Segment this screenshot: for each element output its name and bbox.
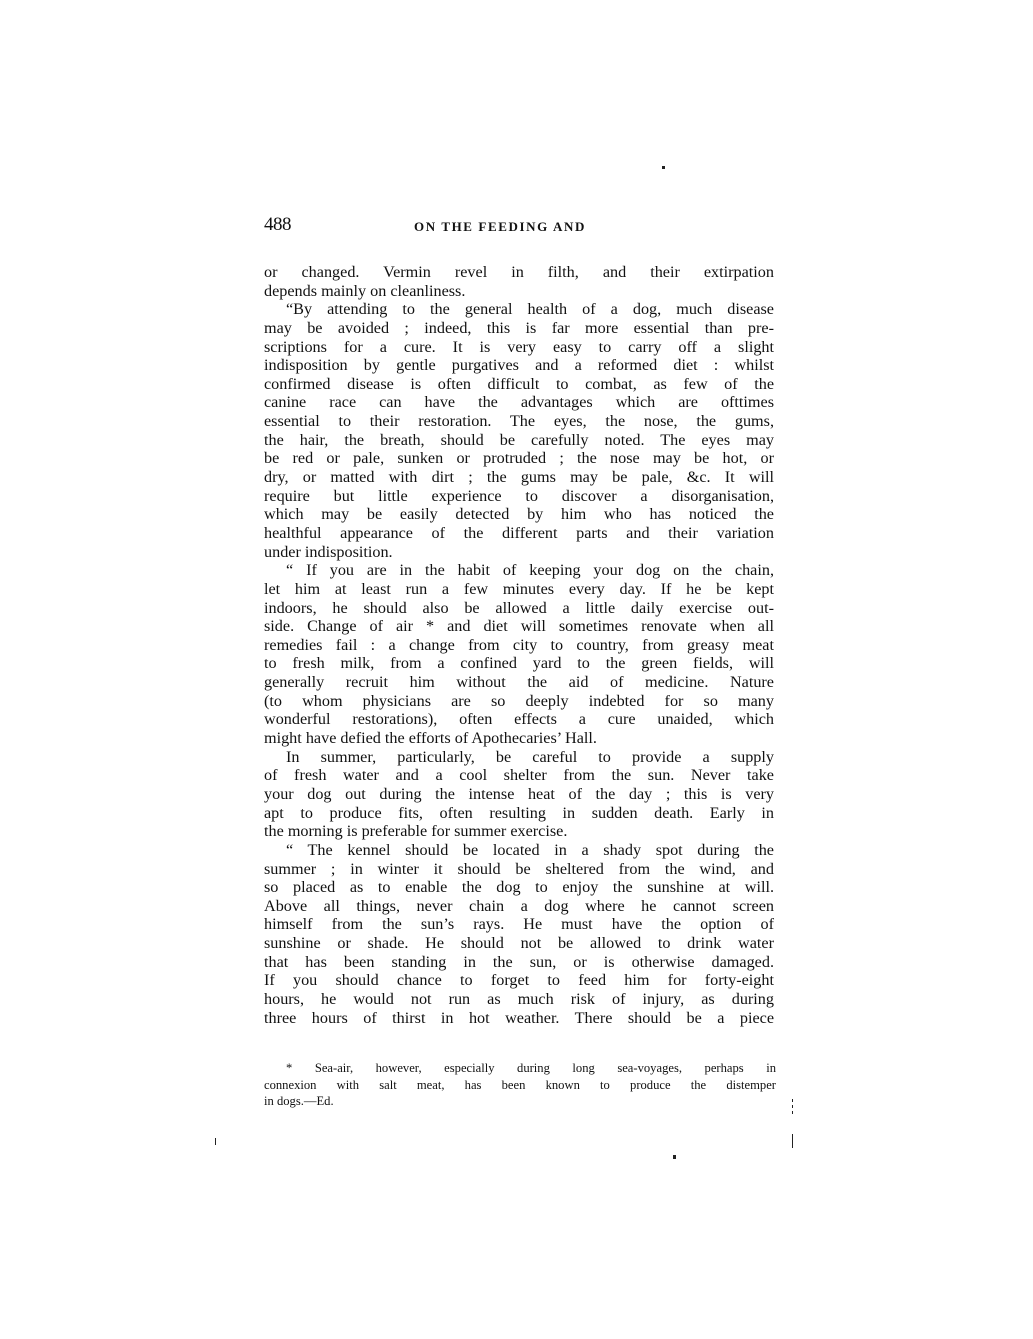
footnote-line: in dogs.—Ed. [264, 1093, 776, 1110]
text-line: so placed as to enable the dog to enjoy … [264, 878, 774, 897]
text-line: might have defied the efforts of Apothec… [264, 729, 774, 748]
text-line: “ If you are in the habit of keeping you… [264, 561, 774, 580]
scan-speck-top [662, 166, 665, 169]
text-line: scriptions for a cure. It is very easy t… [264, 338, 774, 357]
text-line: remedies fail : a change from city to co… [264, 636, 774, 655]
text-line: indoors, he should also be allowed a lit… [264, 599, 774, 618]
text-line: generally recruit him without the aid of… [264, 673, 774, 692]
text-line: “ The kennel should be located in a shad… [264, 841, 774, 860]
text-line: that has been standing in the sun, or is… [264, 953, 774, 972]
text-line: canine race can have the advantages whic… [264, 393, 774, 412]
text-line: sunshine or shade. He should not be allo… [264, 934, 774, 953]
page-header: 488 ON THE FEEDING AND [264, 214, 774, 236]
text-line: the morning is preferable for summer exe… [264, 822, 774, 841]
text-line: or changed. Vermin revel in filth, and t… [264, 263, 774, 282]
scan-mark-left [215, 1138, 216, 1145]
text-line: may be avoided ; indeed, this is far mor… [264, 319, 774, 338]
body-text: or changed. Vermin revel in filth, and t… [264, 263, 774, 1027]
text-line: which may be easily detected by him who … [264, 505, 774, 524]
scan-mark-right-dashed [792, 1105, 793, 1108]
text-line: (to whom physicians are so deeply indebt… [264, 692, 774, 711]
running-head: ON THE FEEDING AND [414, 219, 586, 235]
scan-mark-right-dashed [792, 1111, 793, 1114]
text-line: hours, he would not run as much risk of … [264, 990, 774, 1009]
text-line: summer ; in winter it should be sheltere… [264, 860, 774, 879]
text-line: depends mainly on cleanliness. [264, 282, 774, 301]
text-line: wonderful restorations), often effects a… [264, 710, 774, 729]
text-line: “By attending to the general health of a… [264, 300, 774, 319]
text-line: In summer, particularly, be careful to p… [264, 748, 774, 767]
text-line: apt to produce fits, often resulting in … [264, 804, 774, 823]
text-line: If you should chance to forget to feed h… [264, 971, 774, 990]
book-page: 488 ON THE FEEDING AND or changed. Vermi… [0, 0, 1033, 1339]
text-line: under indisposition. [264, 543, 774, 562]
footnote-line: connexion with salt meat, has been known… [264, 1077, 776, 1094]
text-line: confirmed disease is often difficult to … [264, 375, 774, 394]
text-line: the hair, the breath, should be carefull… [264, 431, 774, 450]
text-line: of fresh water and a cool shelter from t… [264, 766, 774, 785]
text-line: indisposition by gentle purgatives and a… [264, 356, 774, 375]
text-line: require but little experience to discove… [264, 487, 774, 506]
text-line: essential to their restoration. The eyes… [264, 412, 774, 431]
text-line: be red or pale, sunken or protruded ; th… [264, 449, 774, 468]
text-line: to fresh milk, from a confined yard to t… [264, 654, 774, 673]
scan-mark-right [792, 1134, 793, 1148]
text-line: let him at least run a few minutes every… [264, 580, 774, 599]
text-line: your dog out during the intense heat of … [264, 785, 774, 804]
text-line: dry, or matted with dirt ; the gums may … [264, 468, 774, 487]
scan-speck-bottom [673, 1155, 676, 1159]
text-line: himself from the sun’s rays. He must hav… [264, 915, 774, 934]
text-line: side. Change of air * and diet will some… [264, 617, 774, 636]
text-line: three hours of thirst in hot weather. Th… [264, 1009, 774, 1028]
footnote-line: * Sea-air, however, especially during lo… [264, 1060, 776, 1077]
text-line: healthful appearance of the different pa… [264, 524, 774, 543]
scan-mark-right-dashed [792, 1099, 793, 1102]
page-number: 488 [264, 214, 291, 236]
text-line: Above all things, never chain a dog wher… [264, 897, 774, 916]
footnote: * Sea-air, however, especially during lo… [264, 1060, 776, 1110]
